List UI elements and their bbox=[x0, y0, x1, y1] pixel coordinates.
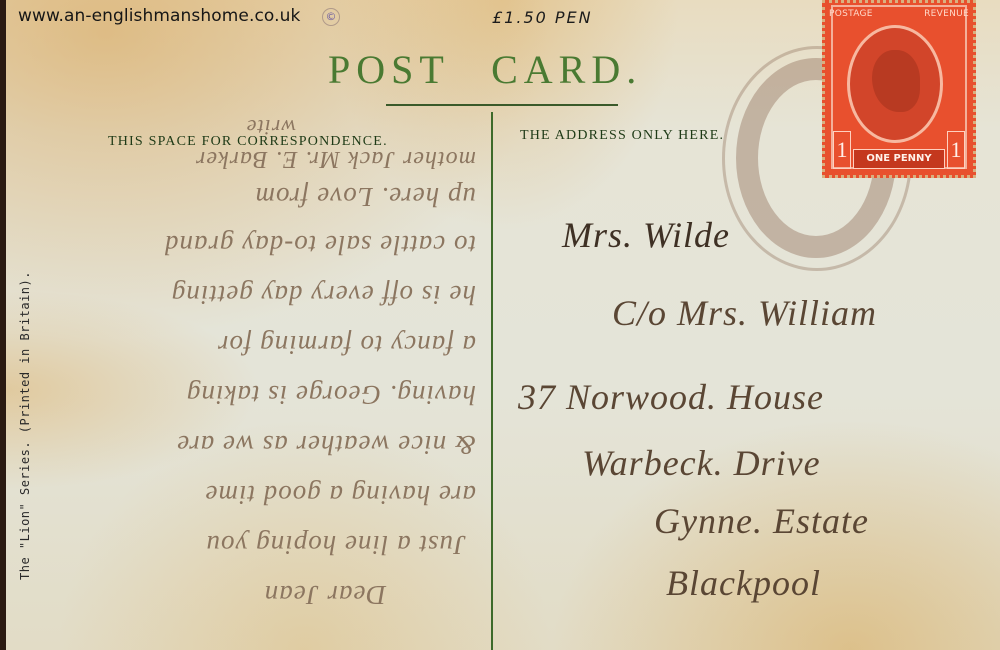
copyright-icon: © bbox=[322, 8, 340, 26]
correspondence-line: to cattle sale to-day grand bbox=[16, 229, 476, 260]
address-line: Mrs. Wilde bbox=[562, 214, 730, 256]
address-label: THE ADDRESS ONLY HERE. bbox=[520, 128, 724, 144]
stamp-value-right: 1 bbox=[947, 131, 965, 169]
correspondence-line: he is off every day getting bbox=[16, 279, 476, 310]
postcard-back: www.an-englishmanshome.co.uk © £1.50 PEN… bbox=[0, 0, 1000, 650]
price-note: £1.50 PEN bbox=[492, 8, 593, 27]
correspondence-line: a fancy to farming for bbox=[16, 329, 476, 360]
correspondence-line: mother Jack Mr. E. Barker bbox=[16, 145, 476, 172]
correspondence-line: are having a good time bbox=[16, 479, 476, 510]
correspondence-line: Just a line hoping you bbox=[6, 529, 466, 560]
stamp-header: POSTAGE REVENUE bbox=[829, 9, 969, 19]
postcard-title: POST CARD. bbox=[328, 46, 642, 93]
correspondence-line: & nice weather as we are bbox=[16, 429, 476, 460]
correspondence-line: up here. Love from bbox=[16, 181, 476, 212]
stamp-postage-text: POSTAGE bbox=[829, 9, 873, 19]
address-line: Warbeck. Drive bbox=[582, 442, 821, 484]
correspondence-line: having. George is taking bbox=[16, 379, 476, 410]
center-divider bbox=[491, 112, 493, 650]
address-line: Gynne. Estate bbox=[654, 500, 869, 542]
address-line: C/o Mrs. William bbox=[612, 292, 877, 334]
stamp-value-text: ONE PENNY bbox=[853, 149, 945, 169]
stamp-revenue-text: REVENUE bbox=[924, 9, 969, 19]
address-line: Blackpool bbox=[666, 562, 821, 604]
stamp-value-left: 1 bbox=[833, 131, 851, 169]
address-line: 37 Norwood. House bbox=[518, 376, 824, 418]
king-portrait-icon bbox=[872, 50, 920, 112]
watermark-website: www.an-englishmanshome.co.uk bbox=[18, 6, 300, 26]
correspondence-line: Dear Jean bbox=[0, 579, 386, 610]
postage-stamp: POSTAGE REVENUE 1 1 ONE PENNY bbox=[822, 0, 976, 178]
correspondence-line: write bbox=[0, 114, 296, 140]
correspondence-handwriting: Dear Jean Just a line hoping you are hav… bbox=[26, 90, 486, 610]
stamp-portrait-oval bbox=[847, 25, 943, 143]
